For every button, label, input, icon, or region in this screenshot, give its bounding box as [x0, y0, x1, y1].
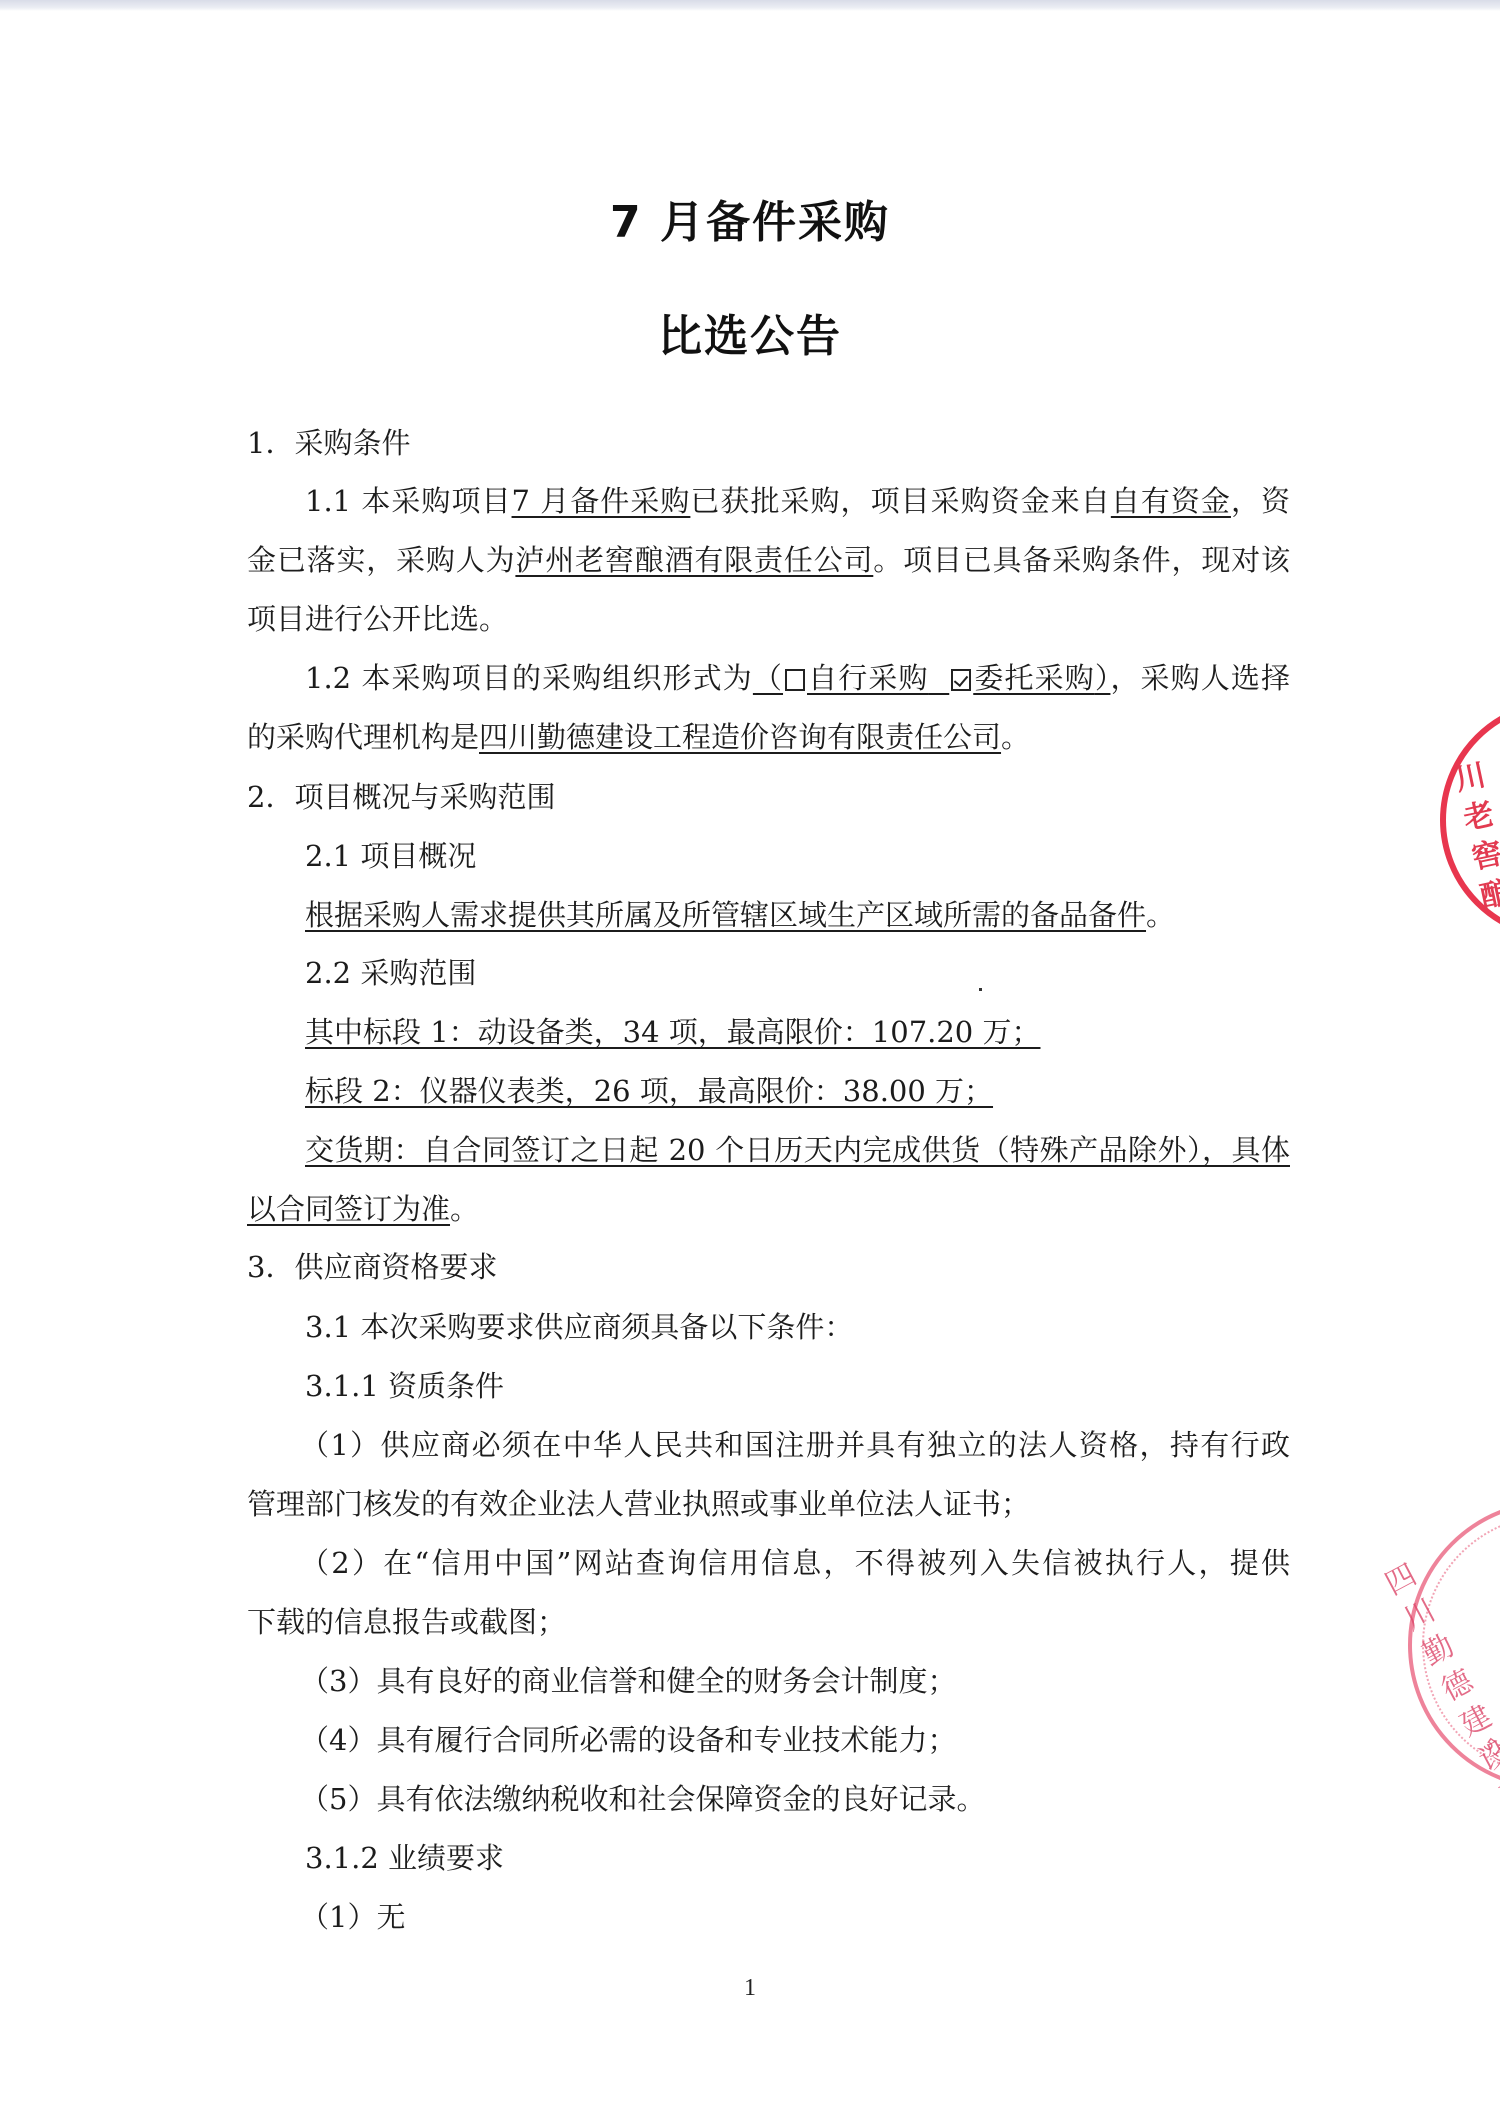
p1-1-tail: ，资	[1231, 484, 1290, 518]
project-name: 7 月备件采购	[512, 484, 691, 518]
requirement-3: （3）具有良好的商业信誉和健全的财务会计制度；	[300, 1661, 956, 1701]
p1-2-tail: ，采购人选择	[1110, 661, 1290, 695]
p1-2-line2-a: 的采购代理机构是	[247, 720, 479, 754]
paragraph-1-2-line-1: 1.2 本采购项目的采购组织形式为（自行采购 委托采购），采购人选择	[247, 658, 1290, 698]
p1-1-prefix: 1.1 本采购项目	[305, 484, 512, 518]
paragraph-1-1-line-2: 金已落实，采购人为泸州老窖酿酒有限责任公司。项目已具备采购条件，现对该	[247, 540, 1290, 580]
close-paren: ）	[1095, 661, 1111, 695]
requirement-2-line-2: 下载的信息报告或截图；	[247, 1602, 566, 1642]
self-procurement-checkbox	[785, 669, 805, 691]
document-subtitle: 比选公告	[0, 312, 1500, 362]
delivery-end: 。	[450, 1192, 479, 1226]
requirement-5: （5）具有依法缴纳税收和社会保障资金的良好记录。	[300, 1779, 985, 1819]
stamp1-text: 川老窖酿	[1452, 754, 1500, 919]
entrusted-procurement-checkbox	[951, 669, 971, 691]
project-overview: 根据采购人需求提供其所属及所管辖区域生产区域所需的备品备件。	[305, 895, 1175, 935]
performance-requirement-1: （1）无	[300, 1897, 405, 1937]
section-1-heading: 1．采购条件	[247, 423, 410, 463]
lot-1: 其中标段 1：动设备类，34 项，最高限价：107.20 万；	[305, 1012, 1040, 1052]
p1-2-prefix: 1.2 本采购项目的采购组织形式为	[305, 661, 753, 695]
requirement-2-line-1: （2）在“信用中国”网站查询信用信息，不得被列入失信被执行人，提供	[300, 1543, 1290, 1583]
requirement-4: （4）具有履行合同所必需的设备和专业技术能力；	[300, 1720, 956, 1760]
page-number: 1	[0, 1975, 1500, 2002]
delivery-period-line-1: 交货期：自合同签订之日起 20 个日历天内完成供货（特殊产品除外），具体	[305, 1130, 1290, 1170]
subsection-2-1-heading: 2.1 项目概况	[305, 836, 476, 876]
p1-2-line2-b: 。	[1001, 720, 1030, 754]
fund-source: 自有资金	[1111, 484, 1231, 518]
purchaser-name: 泸州老窖酿酒有限责任公司	[515, 543, 873, 577]
requirement-1-line-1: （1）供应商必须在中华人民共和国注册并具有独立的法人资格，持有行政	[300, 1425, 1290, 1465]
delivery-line2-text: 以合同签订为准	[247, 1192, 450, 1226]
paragraph-1-2-line-2: 的采购代理机构是四川勤德建设工程造价咨询有限责任公司。	[247, 717, 1030, 757]
paragraph-1-1-line-1: 1.1 本采购项目7 月备件采购已获批采购，项目采购资金来自自有资金，资	[247, 481, 1290, 521]
scan-speck	[979, 988, 982, 991]
agency-name: 四川勤德建设工程造价咨询有限责任公司	[479, 720, 1001, 754]
lot-2: 标段 2：仪器仪表类，26 项，最高限价：38.00 万；	[305, 1071, 993, 1111]
self-procurement-label: 自行采购	[807, 661, 929, 695]
procurement-form-options: （自行采购 委托采购）	[753, 661, 1111, 695]
subsection-2-2-heading: 2.2 采购范围	[305, 953, 476, 993]
paragraph-1-1-line-3: 项目进行公开比选。	[247, 599, 508, 639]
p1-1-line2-b: 。项目已具备采购条件，现对该	[873, 543, 1290, 577]
p1-1-mid: 已获批采购，项目采购资金来自	[690, 484, 1110, 518]
p1-1-line2-a: 金已落实，采购人为	[247, 543, 515, 577]
entrusted-procurement-label: 委托采购	[973, 661, 1095, 695]
open-paren: （	[753, 661, 783, 695]
requirement-1-line-2: 管理部门核发的有效企业法人营业执照或事业单位法人证书；	[247, 1484, 1030, 1524]
subsection-3-1-2-heading: 3.1.2 业绩要求	[305, 1838, 504, 1878]
scan-edge-strip	[0, 0, 1500, 11]
section-2-heading: 2．项目概况与采购范围	[247, 777, 555, 817]
purchaser-seal-stamp: 川老窖酿	[1440, 700, 1500, 940]
document-title: 7 月备件采购	[0, 198, 1500, 248]
subsection-3-1-1-heading: 3.1.1 资质条件	[305, 1366, 504, 1406]
section-3-heading: 3．供应商资格要求	[247, 1247, 497, 1287]
subsection-3-1-heading: 3.1 本次采购要求供应商须具备以下条件：	[305, 1307, 853, 1347]
delivery-period-line-2: 以合同签订为准。	[247, 1189, 479, 1229]
overview-text: 根据采购人需求提供其所属及所管辖区域生产区域所需的备品备件	[305, 898, 1146, 932]
agency-seal-stamp: 四川勤德建设工 5107	[1408, 1500, 1500, 1790]
overview-end: 。	[1146, 898, 1175, 932]
